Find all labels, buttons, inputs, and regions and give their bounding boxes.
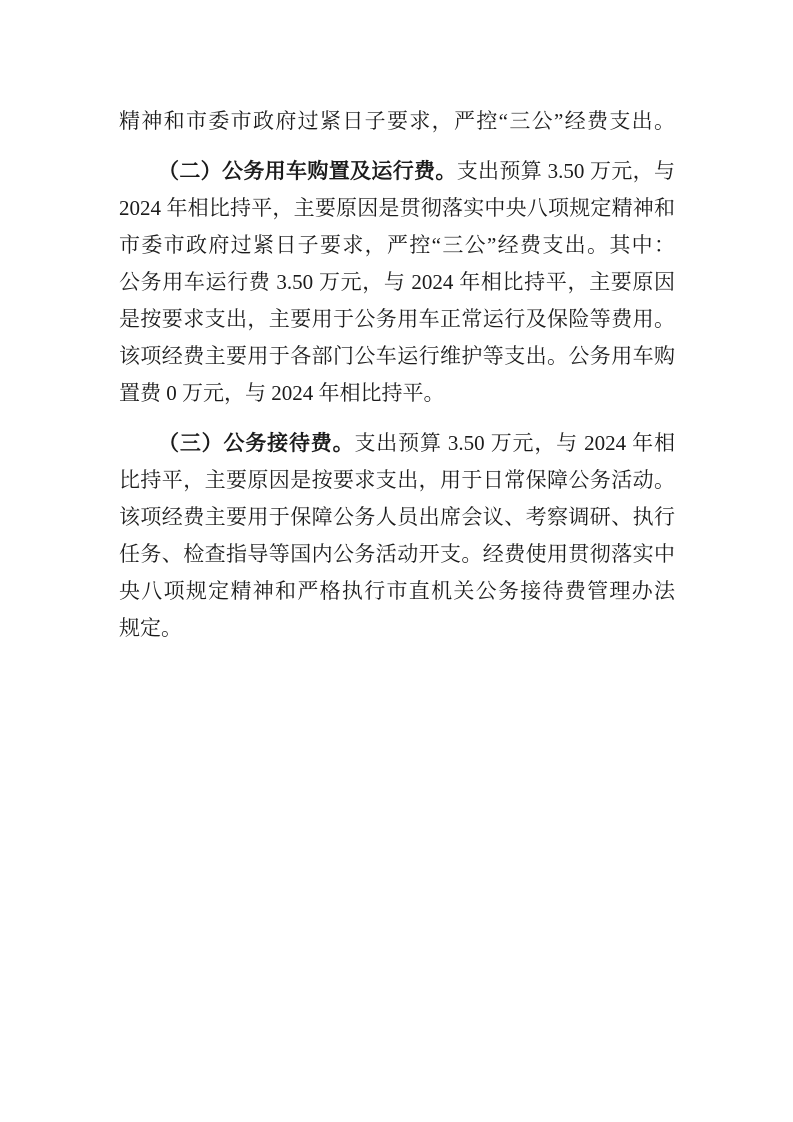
heading-text: （二）公务用车购置及运行费。	[158, 159, 457, 183]
body-text: 支出预算 3.50 万元，与	[457, 159, 675, 183]
paragraph-official-reception-fee: （三）公务接待费。支出预算 3.50 万元，与 2024 年相比持平，主要原因是…	[119, 425, 675, 647]
body-text: 支出预算 3.50 万元，与 2024 年相	[354, 431, 675, 455]
text-line: 精神和市委市政府过紧日子要求，严控“三公”经费支出。	[119, 103, 675, 140]
body-text: 2024 年相比持平，主要原因是贯彻落实中央八项规定精神和	[119, 196, 675, 220]
body-text: 规定。	[119, 616, 182, 640]
text-line: 该项经费主要用于各部门公车运行维护等支出。公务用车购	[119, 338, 675, 375]
body-text: 精神和市委市政府过紧日子要求，严控“三公”经费支出。	[119, 109, 675, 133]
body-text: 置费 0 万元，与 2024 年相比持平。	[119, 381, 445, 405]
text-line: 比持平，主要原因是按要求支出，用于日常保障公务活动。	[119, 462, 675, 499]
body-text: 该项经费主要用于保障公务人员出席会议、考察调研、执行	[119, 505, 675, 529]
text-line: 任务、检查指导等国内公务活动开支。经费使用贯彻落实中	[119, 536, 675, 573]
text-line: 该项经费主要用于保障公务人员出席会议、考察调研、执行	[119, 499, 675, 536]
text-line: 是按要求支出，主要用于公务用车正常运行及保险等费用。	[119, 301, 675, 338]
text-line: 2024 年相比持平，主要原因是贯彻落实中央八项规定精神和	[119, 190, 675, 227]
text-line: 置费 0 万元，与 2024 年相比持平。	[119, 375, 675, 412]
body-text: 该项经费主要用于各部门公车运行维护等支出。公务用车购	[119, 344, 675, 368]
paragraph-vehicle-purchase-and-operation-fee: （二）公务用车购置及运行费。支出预算 3.50 万元，与2024 年相比持平，主…	[119, 153, 675, 412]
text-line: 市委市政府过紧日子要求，严控“三公”经费支出。其中：	[119, 227, 675, 264]
body-text: 央八项规定精神和严格执行市直机关公务接待费管理办法	[119, 579, 675, 603]
text-line: 公务用车运行费 3.50 万元，与 2024 年相比持平，主要原因	[119, 264, 675, 301]
body-text: 市委市政府过紧日子要求，严控“三公”经费支出。其中：	[119, 233, 675, 257]
document-body: 精神和市委市政府过紧日子要求，严控“三公”经费支出。（二）公务用车购置及运行费。…	[119, 103, 675, 647]
body-text: 公务用车运行费 3.50 万元，与 2024 年相比持平，主要原因	[119, 270, 675, 294]
paragraph-continuation: 精神和市委市政府过紧日子要求，严控“三公”经费支出。	[119, 103, 675, 140]
body-text: 比持平，主要原因是按要求支出，用于日常保障公务活动。	[119, 468, 675, 492]
body-text: 任务、检查指导等国内公务活动开支。经费使用贯彻落实中	[119, 542, 675, 566]
text-line: 规定。	[119, 610, 675, 647]
text-line: 央八项规定精神和严格执行市直机关公务接待费管理办法	[119, 573, 675, 610]
body-text: 是按要求支出，主要用于公务用车正常运行及保险等费用。	[119, 307, 675, 331]
document-page: 精神和市委市政府过紧日子要求，严控“三公”经费支出。（二）公务用车购置及运行费。…	[0, 0, 793, 1122]
heading-text: （三）公务接待费。	[158, 431, 354, 455]
text-line: （三）公务接待费。支出预算 3.50 万元，与 2024 年相	[119, 425, 675, 462]
text-line: （二）公务用车购置及运行费。支出预算 3.50 万元，与	[119, 153, 675, 190]
